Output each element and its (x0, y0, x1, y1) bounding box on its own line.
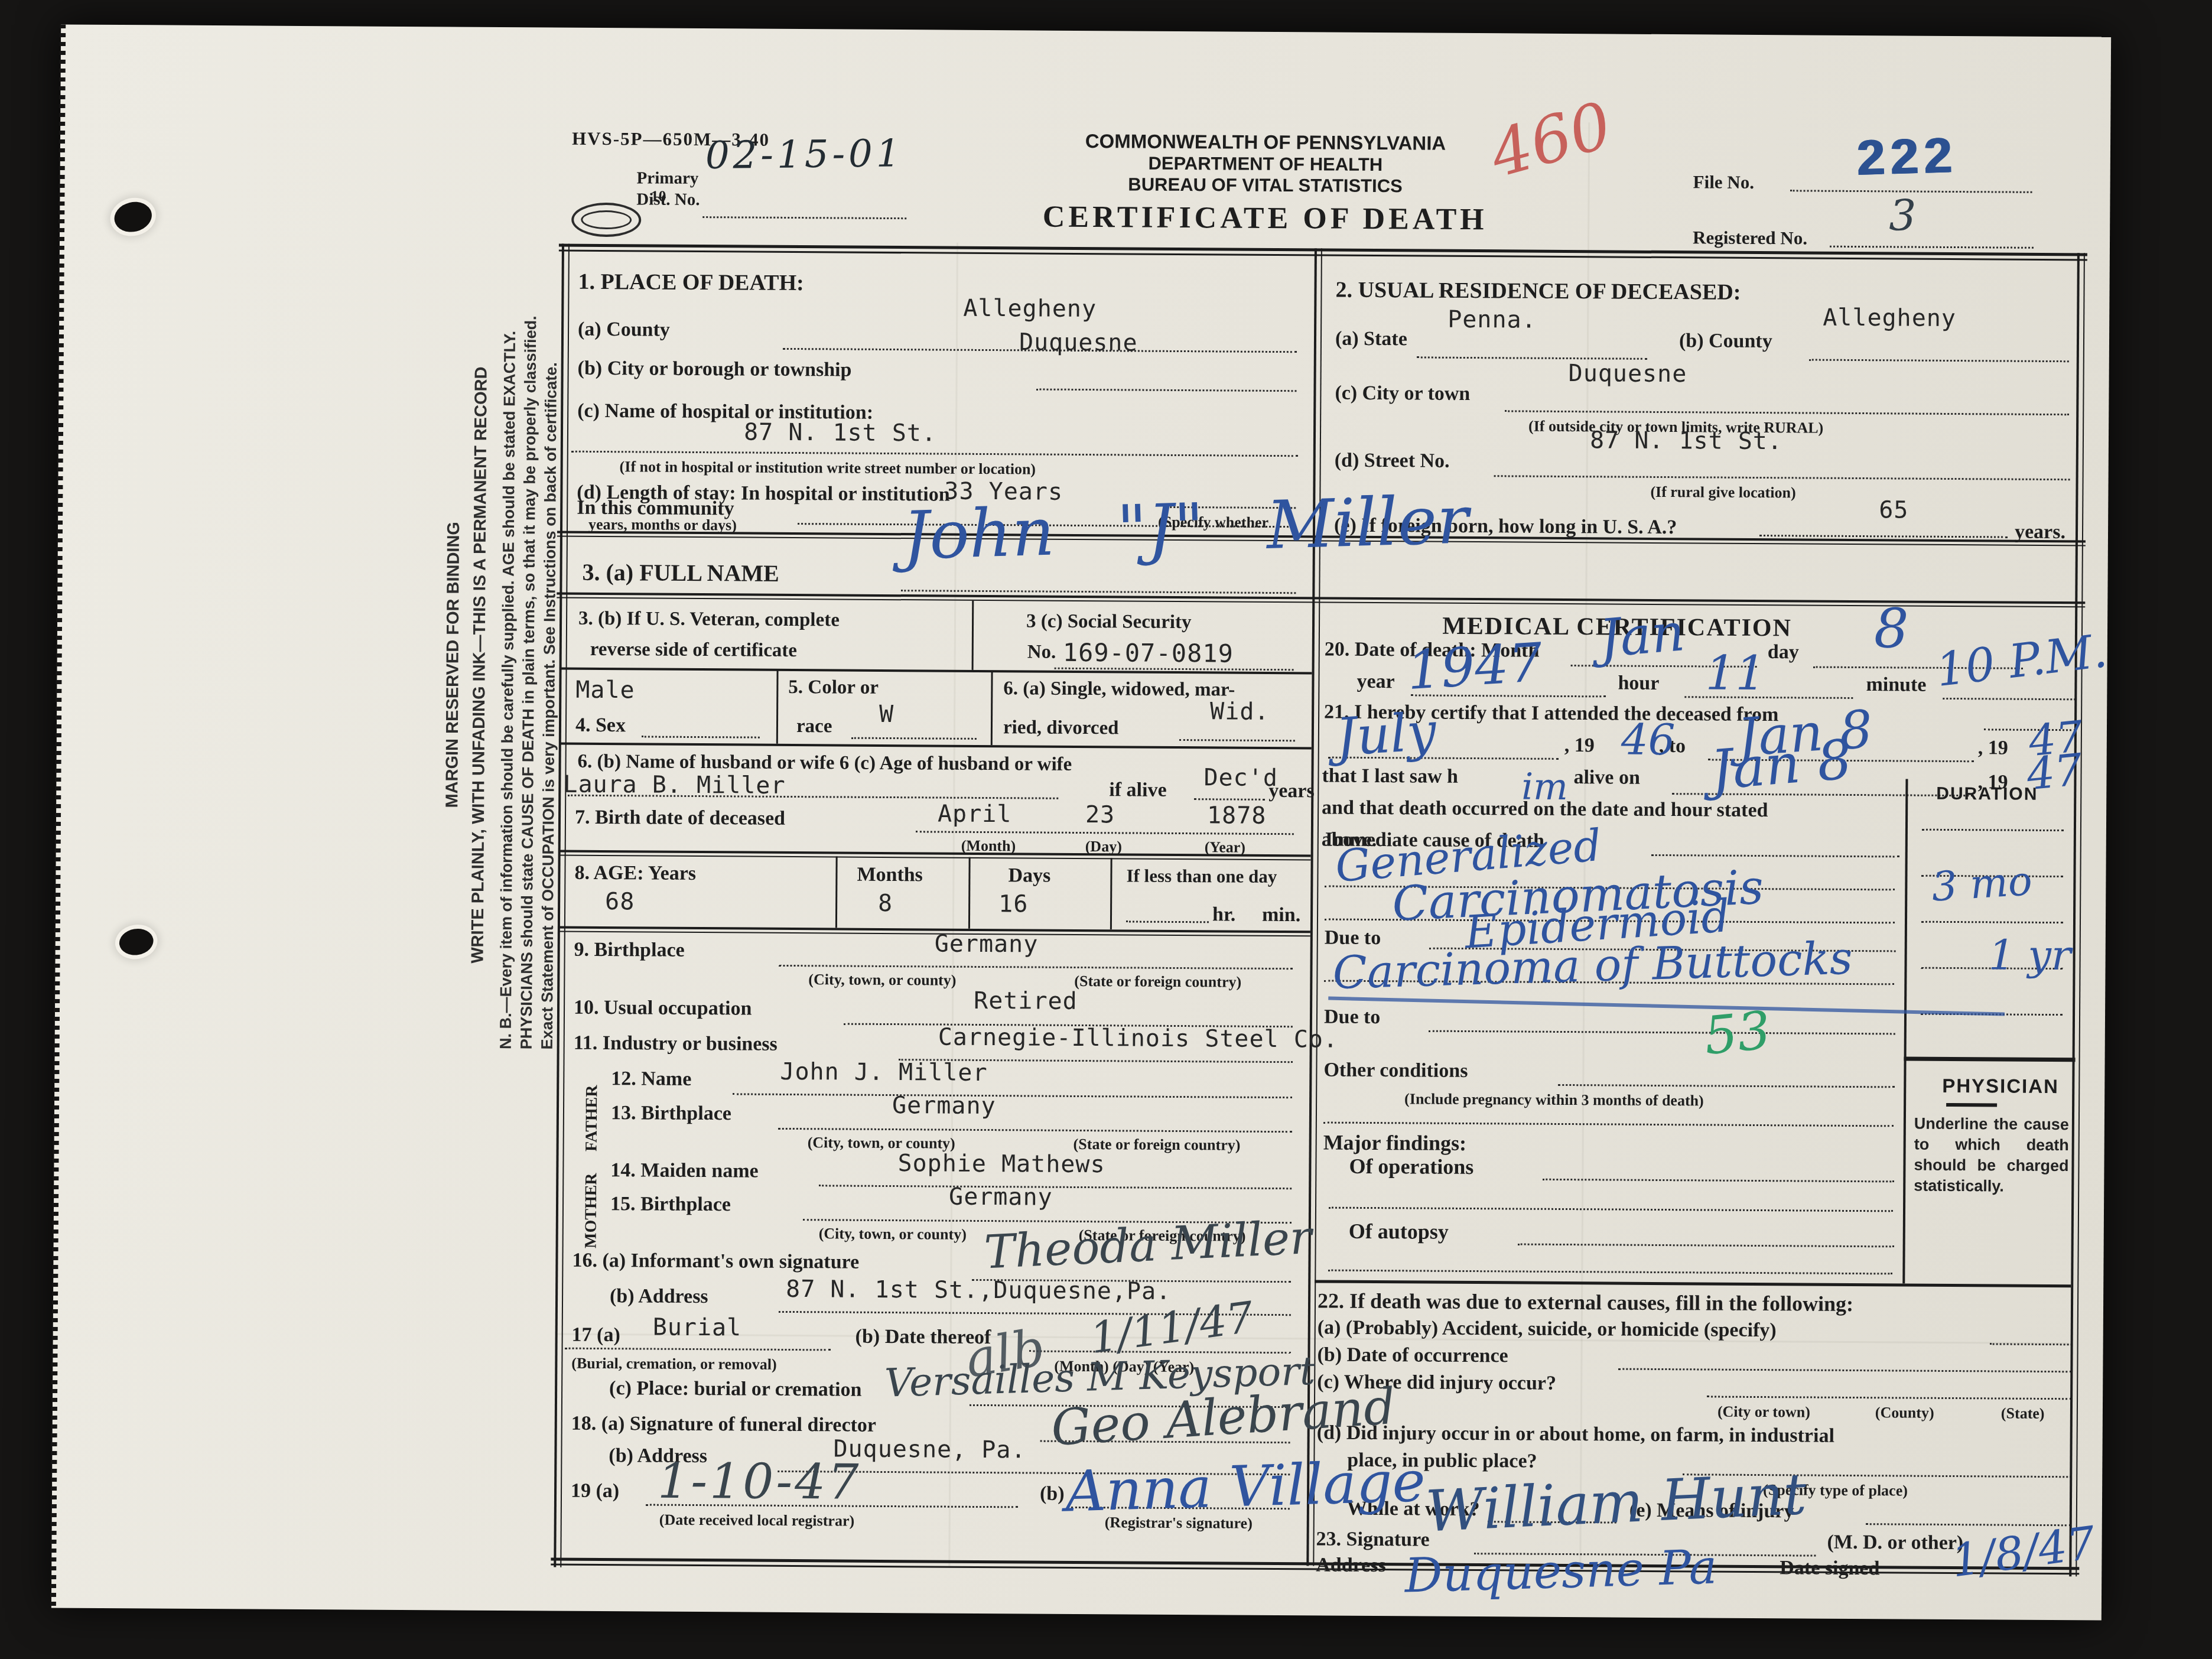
duration-label: DURATION (1936, 784, 2038, 805)
registrar-date-value: 1-10-47 (658, 1453, 861, 1511)
dotted-line (1329, 1207, 1893, 1212)
scan-background: { "colors":{"paper":"#e8e5dc","ink":"#1e… (0, 0, 2212, 1659)
dotted-line (1323, 1122, 1894, 1127)
cap-state-foreign: (State or foreign country) (1074, 972, 1241, 991)
mother-maiden-label: 14. Maiden name (610, 1159, 759, 1183)
age-days-label: Days (1008, 864, 1050, 887)
marital-value: Wid. (1210, 698, 1270, 726)
external-c-cap2: (County) (1875, 1404, 1934, 1422)
ssn-no-label: No. (1027, 641, 1056, 663)
from-year-hand: 46 (1621, 715, 1676, 765)
veteran-line2: reverse side of certificate (590, 639, 798, 662)
perforated-edge (50, 24, 66, 1608)
due-to-label-2: Due to (1324, 1006, 1381, 1029)
dotted-line (1830, 246, 2034, 249)
duration-divider (1902, 779, 1908, 1284)
informant-label: 16. (a) Informant's own signature (572, 1250, 859, 1274)
pod-county-value: Allegheny (963, 295, 1097, 323)
race-label2: race (796, 715, 832, 737)
header-commonwealth: COMMONWEALTH OF PENNSYLVANIA (970, 129, 1561, 155)
father-name-value: John J. Miller (780, 1058, 987, 1087)
dotted-line (1707, 1395, 2072, 1400)
certificate-paper: MARGIN RESERVED FOR BINDING WRITE PLAINL… (51, 24, 2111, 1620)
age-min-label: min. (1262, 904, 1300, 926)
spouse-name-value: Laura B. Miller (563, 771, 786, 799)
pod-city-value: Duquesne (1019, 328, 1138, 356)
residence-title: 2. USUAL RESIDENCE OF DECEASED: (1335, 277, 1741, 305)
saw-label: that I last saw h (1322, 765, 1458, 788)
ink-underline-stroke (1328, 997, 2005, 1016)
alive-label: alive on (1573, 766, 1640, 789)
race-label1: 5. Color or (788, 676, 879, 699)
other-conditions-caption: (Include pregnancy within 3 months of de… (1404, 1090, 1704, 1110)
external-a: (a) (Probably) Accident, suicide, or hom… (1318, 1316, 1777, 1342)
race-value: W (879, 701, 894, 728)
binding-margin-notes: MARGIN RESERVED FOR BINDING WRITE PLAINL… (438, 281, 1258, 1053)
disposal-type-caption: (Burial, cremation, or removal) (571, 1355, 777, 1374)
due1-duration-hand: 1 yr (1988, 931, 2071, 980)
major-findings-label: Major findings: (1323, 1130, 1467, 1156)
date-signed-label: Date signed (1780, 1557, 1879, 1580)
disposal-type-value: Burial (653, 1314, 742, 1342)
dotted-line (1543, 1179, 1894, 1183)
death-day-hand: 8 (1874, 597, 1909, 660)
father-side-label: FATHER (583, 1063, 602, 1151)
registered-no-label: Registered No. (1693, 227, 1807, 249)
dotted-line (733, 1093, 1292, 1098)
age-months-label: Months (857, 864, 923, 887)
age-months-value: 8 (878, 890, 893, 917)
res-city-value: Duquesne (1569, 360, 1687, 388)
other-conditions-label: Other conditions (1323, 1059, 1468, 1082)
pod-hospital-value: 87 N. 1st St. (744, 419, 936, 447)
physician-signature: William Hunt (1424, 1461, 1808, 1545)
physician-label: PHYSICIAN (1942, 1075, 2059, 1098)
union-seal-icon (571, 203, 641, 238)
certifier-address-label: Address (1316, 1554, 1386, 1577)
registrar-label-a: 19 (a) (571, 1480, 619, 1503)
full-name-handwriting: John "J" Miller (902, 482, 1469, 575)
dotted-line (1943, 698, 2076, 700)
dotted-line (1328, 1270, 1892, 1275)
death-year-label: year (1357, 671, 1394, 693)
saw-date-hand: Jan 8 (1709, 728, 1855, 802)
res-street-label: (d) Street No. (1335, 450, 1450, 473)
dotted-line (1429, 1030, 1895, 1035)
occupation-label: 10. Usual occupation (574, 997, 752, 1020)
dotted-line (702, 216, 906, 219)
disposal-label-a: 17 (a) (572, 1324, 620, 1347)
external-b: (b) Date of occurrence (1317, 1344, 1508, 1367)
physician-note: Underline the cause to which death shoul… (1914, 1114, 2069, 1198)
marital-label2: ried, divorced (1003, 717, 1119, 739)
saw-year-hand: 47 (2025, 744, 2085, 801)
funeral-director-label: 18. (a) Signature of funeral director (571, 1413, 876, 1437)
registrar-date-caption: (Date received local registrar) (659, 1511, 855, 1530)
res-foreign-value: 65 (1879, 496, 1908, 523)
res-street-caption: (If rural give location) (1650, 483, 1795, 502)
father-bp-label: 13. Birthplace (611, 1102, 731, 1125)
signature-suffix: (M. D. or other) (1827, 1531, 1963, 1554)
dist-label-line1: Primary (637, 168, 699, 188)
age-hr-label: hr. (1212, 903, 1236, 926)
occupation-value: Retired (974, 987, 1078, 1015)
file-no-value: 222 (1856, 126, 1958, 187)
informant-address-value: 87 N. 1st St.,Duquesne,Pa. (786, 1276, 1171, 1305)
cap-month: (Month) (961, 837, 1016, 855)
pod-county-label: (a) County (578, 318, 670, 341)
punch-hole-bottom (117, 926, 155, 958)
birthplace-label: 9. Birthplace (574, 939, 685, 962)
death-hour-hand: 11 (1705, 645, 1765, 701)
age-years-value: 68 (605, 888, 635, 915)
ssn-label: 3 (c) Social Security (1026, 610, 1192, 633)
birthdate-day: 23 (1085, 801, 1115, 828)
veteran-line1: 3. (b) If U. S. Veteran, complete (578, 608, 840, 632)
certificate-title: CERTIFICATE OF DEATH (970, 199, 1560, 238)
margin-nb-note: N. B.—Every item of information should b… (491, 281, 1258, 1054)
marital-label1: 6. (a) Single, widowed, mar- (1003, 678, 1235, 701)
death-month-hand: Jan (1597, 601, 1687, 669)
res-foreign-suffix: years. (2015, 521, 2065, 544)
spouse-if-alive: if alive (1109, 779, 1166, 802)
fd-address-value: Duquesne, Pa. (833, 1435, 1026, 1463)
res-county-value: Allegheny (1823, 304, 1956, 332)
mother-bp-label: 15. Birthplace (610, 1193, 731, 1216)
death-year-hand: 1947 (1406, 632, 1544, 702)
ssn-value: 169-07-0819 (1063, 638, 1234, 668)
dotted-line (1651, 854, 1899, 858)
birthplace-value: Germany (935, 930, 1039, 958)
age-days-value: 16 (998, 890, 1028, 918)
sex-value: Male (575, 676, 635, 704)
seal-number: 10 (650, 188, 666, 206)
dotted-line (565, 1348, 831, 1351)
dotted-line (1759, 535, 2008, 538)
dotted-line (1494, 475, 2070, 480)
father-bp-value: Germany (892, 1092, 996, 1120)
pod-city-label: (b) City or borough or township (578, 357, 852, 382)
due1-hand-b: Carcinoma of Buttocks (1332, 932, 1853, 999)
pod-hospital-caption: (If not in hospital or institution write… (620, 458, 1036, 478)
age-label: 8. AGE: Years (574, 862, 696, 885)
spouse-age-value: Dec'd (1203, 764, 1278, 792)
place-of-death-title: 1. PLACE OF DEATH: (578, 269, 804, 296)
attended-from-hand: July (1334, 701, 1438, 768)
registrar-label-b: (b) (1040, 1483, 1065, 1505)
birthdate-year: 1878 (1207, 802, 1267, 829)
external-title: 22. If death was due to external causes,… (1318, 1288, 1853, 1316)
header-bureau: BUREAU OF VITAL STATISTICS (970, 173, 1560, 198)
union-seal-inner (581, 210, 632, 230)
cap-day: (Day) (1085, 838, 1122, 855)
file-no-label: File No. (1693, 171, 1755, 193)
dist-no-label: PrimaryDist. No. (636, 167, 700, 210)
mother-bp-value: Germany (949, 1183, 1053, 1211)
operations-label: Of operations (1349, 1154, 1473, 1179)
dotted-line (1921, 921, 2063, 923)
res-county-label: (b) County (1679, 330, 1772, 353)
external-c-cap1: (City or town) (1717, 1403, 1810, 1421)
father-name-label: 12. Name (611, 1068, 691, 1091)
dotted-line (1922, 829, 2064, 831)
immediate-duration-hand: 3 mo (1930, 858, 2034, 911)
saw-fill-hand: im (1521, 765, 1568, 808)
dotted-line (778, 1128, 1292, 1133)
full-name-label: 3. (a) FULL NAME (582, 558, 779, 587)
physician-underline (1946, 1103, 1997, 1107)
disposal-place-label: (c) Place: burial or cremation (609, 1377, 862, 1401)
mother-maiden-value: Sophie Mathews (897, 1150, 1105, 1178)
informant-address-label: (b) Address (610, 1285, 708, 1308)
dotted-line (1558, 1084, 1895, 1088)
margin-binding-text: MARGIN RESERVED FOR BINDING (438, 281, 469, 1049)
mother-side-label: MOTHER (582, 1154, 601, 1248)
age-less-label: If less than one day (1126, 865, 1277, 887)
cap-city-county: (City, town, or county) (808, 971, 956, 990)
registered-no-value: 3 (1889, 190, 1916, 240)
comma-19: , 19 (1564, 734, 1595, 757)
sex-label: 4. Sex (575, 714, 626, 737)
dotted-line (1417, 356, 1647, 359)
medical-bottom-rule (1315, 1280, 2071, 1287)
punch-hole-top (111, 198, 155, 236)
dotted-line (1990, 1343, 2073, 1345)
dotted-line (1618, 1368, 2072, 1373)
comma-19: , 19 (1978, 737, 2008, 759)
registrar-signature: Anna Village (1065, 1449, 1426, 1525)
green-code-number: 53 (1702, 1000, 1774, 1067)
res-city-label: (c) City or town (1335, 382, 1470, 405)
industry-value: Carnegie-Illinois Steel Co. (938, 1024, 1338, 1053)
external-c-cap3: (State) (2001, 1405, 2045, 1423)
date-signed-hand: 1/8/47 (1948, 1516, 2099, 1588)
fold-crease (557, 1333, 2069, 1345)
header-department: DEPARTMENT OF HEALTH (970, 152, 1561, 177)
res-street-value: 87 N. 1st St. (1590, 427, 1782, 455)
cap-city-county: (City, town, or county) (819, 1225, 967, 1244)
birthdate-label: 7. Birth date of deceased (575, 806, 785, 830)
death-hour-label: hour (1618, 672, 1659, 695)
res-state-value: Penna. (1447, 306, 1537, 334)
margin-plainly-text: WRITE PLAINLY, WITH UNFADING INK—THIS IS… (464, 281, 496, 1049)
dotted-line (1809, 359, 2069, 363)
pod-community-caption: years, months or days) (588, 516, 737, 535)
dotted-line (1505, 410, 2069, 415)
death-minute-label: minute (1866, 674, 1926, 697)
certifier-address-hand: Duquesne Pa (1404, 1539, 1717, 1603)
dotted-line (1518, 1244, 1894, 1248)
res-state-label: (a) State (1335, 328, 1407, 351)
cap-year: (Year) (1205, 838, 1245, 856)
dist-no-value: 02-15-01 (705, 132, 903, 178)
death-minute-hand: 10 P.M. (1933, 624, 2110, 697)
dist-label-line2: Dist. No. (636, 190, 700, 210)
birthdate-month: April (938, 801, 1012, 828)
dotted-line (819, 1185, 1292, 1189)
death-day-label: day (1768, 641, 1799, 663)
duration-bottom-bar (1904, 1057, 2076, 1062)
industry-label: 11. Industry or business (574, 1032, 778, 1056)
autopsy-label: Of autopsy (1349, 1219, 1449, 1244)
red-stamp-number: 460 (1482, 88, 1619, 192)
